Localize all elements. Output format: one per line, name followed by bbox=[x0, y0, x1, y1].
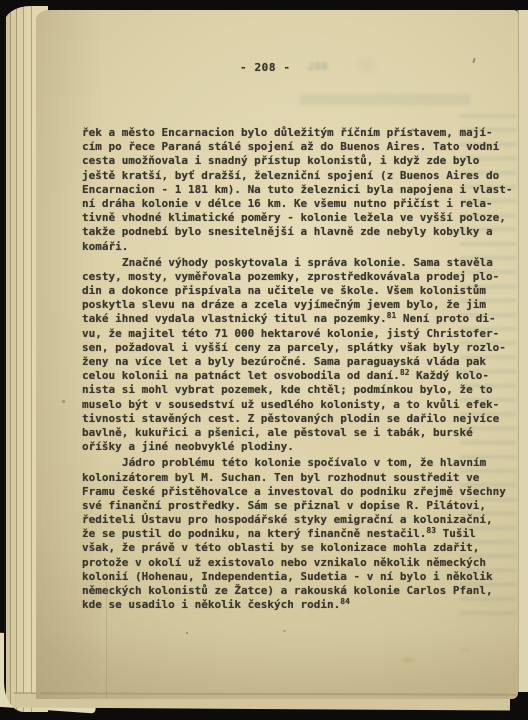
text-line: německých kolonistů ze Žatce) a rakouská… bbox=[82, 584, 512, 598]
text-line: také ihned vydala vlastnický titul na po… bbox=[82, 312, 512, 326]
document-page: 208 - 208 - řek a město Encarnacion bylo… bbox=[36, 10, 518, 699]
footnote-ref: 83 bbox=[426, 526, 436, 535]
paper-speck bbox=[186, 632, 188, 634]
page-number-ghost: 208 bbox=[308, 60, 328, 73]
text-line: din a dokonce přispívala na učitele ve š… bbox=[82, 284, 512, 298]
text-line: ní dráha kolonie v délce 16 km. Ke všemu… bbox=[82, 197, 512, 211]
text-line: cím po řece Paraná stálé spojení až do B… bbox=[82, 140, 512, 154]
text-block: řek a město Encarnacion bylo důležitým ř… bbox=[82, 126, 512, 614]
text-line: muselo být v sousedství už usedlého kolo… bbox=[82, 398, 512, 412]
paper-speck bbox=[472, 58, 475, 63]
footnote-ref: 81 bbox=[387, 311, 397, 320]
text-line: řediteli Ústavu pro hospodářské styky em… bbox=[82, 513, 512, 527]
text-line: bavlně, kukuřici a pšenici, ale pěstoval… bbox=[82, 426, 512, 440]
text-line: že se pustil do podniku, na který finanč… bbox=[82, 527, 512, 541]
text-line: protože v okolí už existovalo nebo vznik… bbox=[82, 556, 512, 570]
text-line: ještě kratší, byť dražší, železniční spo… bbox=[82, 169, 512, 183]
text-line: vu, že majitel této 71 000 hektarové kol… bbox=[82, 327, 512, 341]
page-left-crease bbox=[106, 579, 107, 699]
paper-speck bbox=[62, 400, 65, 403]
text-line: komáři. bbox=[82, 240, 512, 254]
paper-speck bbox=[283, 630, 286, 632]
footnote-ref: 84 bbox=[340, 597, 350, 606]
text-line: kolonizátorem byl M. Suchan. Ten byl roz… bbox=[82, 471, 512, 485]
paragraph: Značné výhody poskytovala i správa kolon… bbox=[82, 256, 512, 455]
text-line: poskytla slevu na dráze a zcela vyjímečn… bbox=[82, 298, 512, 312]
text-line: sen, požadoval i vyšší ceny za parcely, … bbox=[82, 341, 512, 355]
text-line: nista si mohl vybrat pozemek, kde chtěl;… bbox=[82, 383, 512, 397]
right-page-edge bbox=[517, 10, 528, 692]
paragraph: řek a město Encarnacion bylo důležitým ř… bbox=[82, 126, 512, 254]
text-line: cesty, mosty, vyměřovala pozemky, zprost… bbox=[82, 270, 512, 284]
text-line: tivnosti stavěných cest. Z pěstovaných p… bbox=[82, 412, 512, 426]
page-bottom-crease bbox=[40, 692, 516, 695]
text-line: kde se usadilo i několik českých rodin.8… bbox=[82, 598, 512, 612]
scanned-book-photo: 208 - 208 - řek a město Encarnacion bylo… bbox=[0, 0, 528, 720]
text-line: kolonií (Hohenau, Independentia, Sudetia… bbox=[82, 570, 512, 584]
text-line: takže podnebí bylo snesitelnější a hlavn… bbox=[82, 225, 512, 239]
text-line: Jádro problému této kolonie spočívalo v … bbox=[82, 456, 512, 470]
text-line: Encarnacion - 1 181 km). Na tuto železni… bbox=[82, 183, 512, 197]
text-line: řek a město Encarnacion bylo důležitým ř… bbox=[82, 126, 512, 140]
ink-showthrough-bar bbox=[300, 94, 470, 105]
text-line: Značné výhody poskytovala i správa kolon… bbox=[82, 256, 512, 270]
text-line: však, že právě v této oblasti by se kolo… bbox=[82, 541, 512, 555]
text-line: své finanční prostředky. Sám se přiznal … bbox=[82, 499, 512, 513]
text-line: celou kolonii na patnáct let osvobodila … bbox=[82, 369, 512, 383]
text-line: Framu české přistěhovalce a investoval d… bbox=[82, 485, 512, 499]
text-line: oříšky a jiné neobvyklé plodiny. bbox=[82, 440, 512, 454]
text-line: ženy na více let a byly bezúročné. Sama … bbox=[82, 355, 512, 369]
text-line: tivně vhodné klimatické poměry - kolonie… bbox=[82, 211, 512, 225]
text-line: cesta umožňovala i snadný přístup koloni… bbox=[82, 154, 512, 168]
paragraph: Jádro problému této kolonie spočívalo v … bbox=[82, 456, 512, 612]
page-number: - 208 - bbox=[240, 61, 291, 74]
footnote-ref: 82 bbox=[400, 368, 410, 377]
